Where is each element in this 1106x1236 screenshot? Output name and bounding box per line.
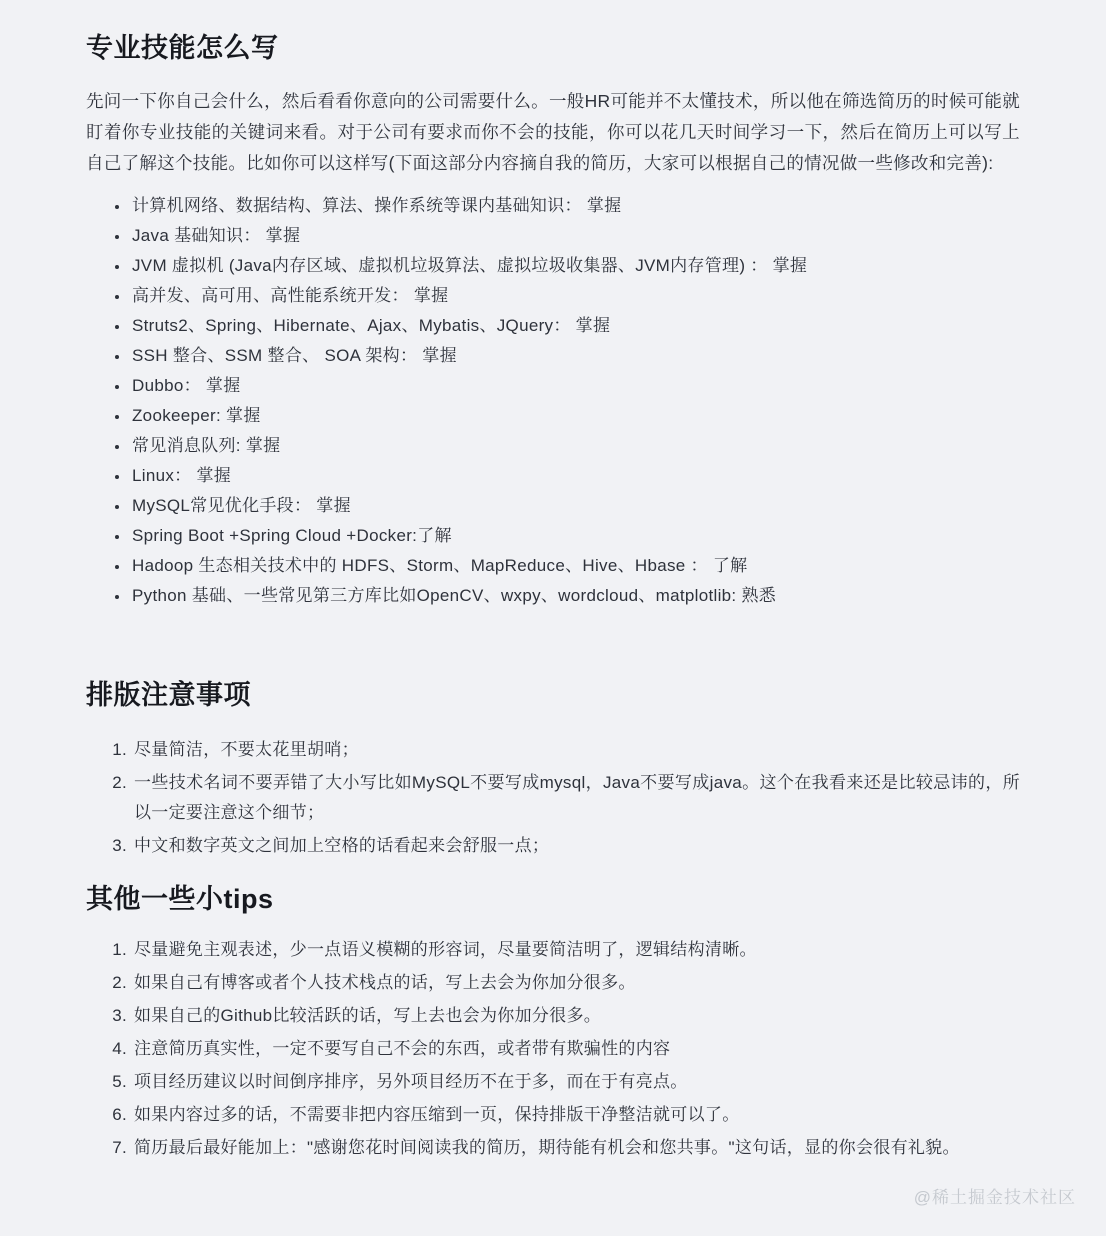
section-title-other-tips: 其他一些小tips: [86, 881, 1020, 917]
layout-note-item: 一些技术名词不要弄错了大小写比如MySQL不要写成mysql，Java不要写成j…: [132, 768, 1020, 828]
skill-item: MySQL常见优化手段： 掌握: [130, 491, 1020, 521]
tip-item: 简历最后最好能加上："感谢您花时间阅读我的简历，期待能有机会和您共事。"这句话，…: [132, 1133, 1020, 1163]
skill-item: Python 基础、一些常见第三方库比如OpenCV、wxpy、wordclou…: [130, 581, 1020, 611]
layout-notes-list: 尽量简洁，不要太花里胡哨； 一些技术名词不要弄错了大小写比如MySQL不要写成m…: [86, 735, 1020, 861]
skill-item: SSH 整合、SSM 整合、 SOA 架构： 掌握: [130, 341, 1020, 371]
tip-item: 注意简历真实性，一定不要写自己不会的东西，或者带有欺骗性的内容: [132, 1034, 1020, 1064]
tip-item: 尽量避免主观表述，少一点语义模糊的形容词，尽量要简洁明了，逻辑结构清晰。: [132, 935, 1020, 965]
layout-note-item: 中文和数字英文之间加上空格的话看起来会舒服一点；: [132, 831, 1020, 861]
skill-item: Dubbo： 掌握: [130, 371, 1020, 401]
tip-item: 如果自己的Github比较活跃的话，写上去也会为你加分很多。: [132, 1001, 1020, 1031]
section-title-how-to-write-skills: 专业技能怎么写: [86, 30, 1020, 66]
skill-item: Spring Boot +Spring Cloud +Docker:了解: [130, 521, 1020, 551]
tip-item: 项目经历建议以时间倒序排序，另外项目经历不在于多，而在于有亮点。: [132, 1067, 1020, 1097]
skill-item: Zookeeper: 掌握: [130, 401, 1020, 431]
tip-item: 如果内容过多的话，不需要非把内容压缩到一页，保持排版干净整洁就可以了。: [132, 1100, 1020, 1130]
juejin-watermark: @稀土掘金技术社区: [914, 1183, 1076, 1208]
other-tips-list: 尽量避免主观表述，少一点语义模糊的形容词，尽量要简洁明了，逻辑结构清晰。 如果自…: [86, 935, 1020, 1163]
skill-item: 计算机网络、数据结构、算法、操作系统等课内基础知识： 掌握: [130, 191, 1020, 221]
skill-list: 计算机网络、数据结构、算法、操作系统等课内基础知识： 掌握 Java 基础知识：…: [86, 191, 1020, 611]
skill-item: 常见消息队列: 掌握: [130, 431, 1020, 461]
layout-note-item: 尽量简洁，不要太花里胡哨；: [132, 735, 1020, 765]
section-title-layout-notes: 排版注意事项: [86, 677, 1020, 713]
skill-item: Java 基础知识： 掌握: [130, 221, 1020, 251]
article-body: 专业技能怎么写 先问一下你自己会什么，然后看看你意向的公司需要什么。一般HR可能…: [0, 0, 1106, 1163]
skill-item: Linux： 掌握: [130, 461, 1020, 491]
skill-item: Struts2、Spring、Hibernate、Ajax、Mybatis、JQ…: [130, 311, 1020, 341]
skill-item: JVM 虚拟机 (Java内存区域、虚拟机垃圾算法、虚拟垃圾收集器、JVM内存管…: [130, 251, 1020, 281]
skill-item: Hadoop 生态相关技术中的 HDFS、Storm、MapReduce、Hiv…: [130, 551, 1020, 581]
skill-item: 高并发、高可用、高性能系统开发： 掌握: [130, 281, 1020, 311]
tip-item: 如果自己有博客或者个人技术栈点的话，写上去会为你加分很多。: [132, 968, 1020, 998]
skills-intro-paragraph: 先问一下你自己会什么，然后看看你意向的公司需要什么。一般HR可能并不太懂技术，所…: [86, 86, 1020, 179]
